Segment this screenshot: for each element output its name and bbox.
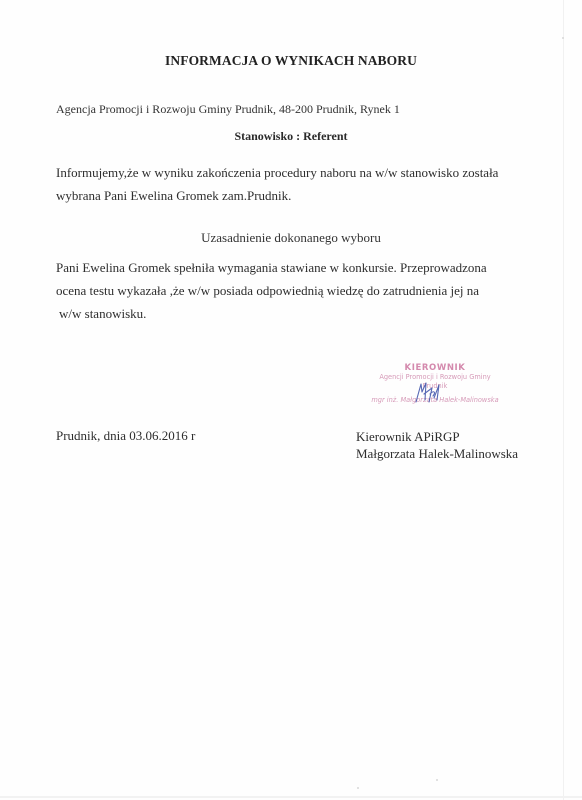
justification-line-3: w/w stanowisku. [56, 302, 536, 325]
scan-speck [562, 37, 564, 39]
justification-line-2: ocena testu wykazała ,że w/w posiada odp… [56, 279, 536, 302]
page-edge-bottom [0, 796, 582, 798]
handwritten-signature-icon [412, 380, 442, 406]
scanned-document-page: INFORMACJA O WYNIKACH NABORU Agencja Pro… [0, 0, 582, 800]
document-title: INFORMACJA O WYNIKACH NABORU [0, 53, 582, 69]
scan-speck [436, 779, 438, 781]
position-line: Stanowisko : Referent [0, 129, 582, 144]
stamp-title: KIEROWNIK [352, 363, 518, 373]
announcement-paragraph: Informujemy,że w wyniku zakończenia proc… [56, 161, 526, 207]
scan-speck [357, 787, 359, 789]
signatory-role: Kierownik APiRGP [356, 428, 518, 445]
place-and-date: Prudnik, dnia 03.06.2016 r [56, 428, 195, 444]
signatory-block: Kierownik APiRGP Małgorzata Halek-Malino… [356, 428, 518, 462]
justification-heading: Uzasadnienie dokonanego wyboru [0, 230, 582, 246]
page-edge-right [563, 0, 564, 800]
agency-address: Agencja Promocji i Rozwoju Gminy Prudnik… [56, 102, 400, 117]
justification-line-1: Pani Ewelina Gromek spełniła wymagania s… [56, 256, 536, 279]
signatory-name: Małgorzata Halek-Malinowska [356, 445, 518, 462]
justification-paragraph: Pani Ewelina Gromek spełniła wymagania s… [56, 256, 536, 325]
